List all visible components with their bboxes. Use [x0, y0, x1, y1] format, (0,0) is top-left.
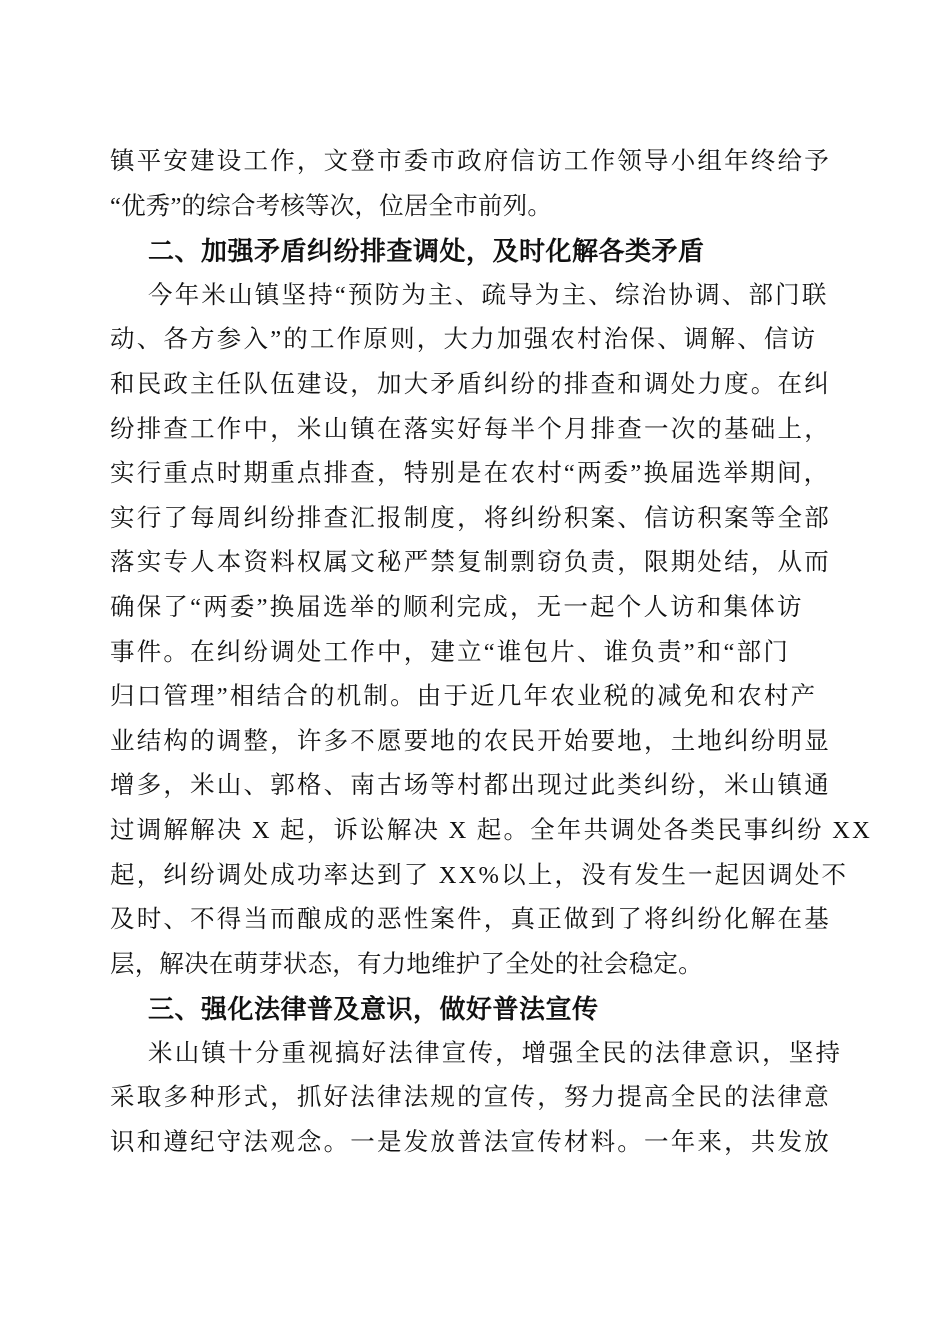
text-line: 确保了“两委”换届选举的顺利完成，无一起个人访和集体访 — [110, 586, 832, 631]
text-line: 实行重点时期重点排查，特别是在农村“两委”换届选举期间， — [110, 452, 832, 497]
text-line: 和民政主任队伍建设，加大矛盾纠纷的排查和调处力度。在纠 — [110, 363, 832, 408]
heading-line: 二、加强矛盾纠纷排查调处，及时化解各类矛盾 — [110, 229, 832, 274]
text-line: 采取多种形式，抓好法律法规的宣传，努力提高全民的法律意 — [110, 1076, 832, 1121]
text-line: 归口管理”相结合的机制。由于近几年农业税的减免和农村产 — [110, 675, 832, 720]
text-line: 动、各方参入”的工作原则，大力加强农村治保、调解、信访 — [110, 318, 832, 363]
text-line: 实行了每周纠纷排查汇报制度，将纠纷积案、信访积案等全部 — [110, 497, 832, 542]
text-line: 过调解解决 X 起，诉讼解决 X 起。全年共调处各类民事纠纷 XX — [110, 809, 832, 854]
section-heading: 三、强化法律普及意识，做好普法宣传 — [110, 987, 832, 1032]
paragraph: 今年米山镇坚持“预防为主、疏导为主、综治协调、部门联动、各方参入”的工作原则，大… — [110, 274, 832, 988]
paragraph: 镇平安建设工作，文登市委市政府信访工作领导小组年终给予“优秀”的综合考核等次，位… — [110, 140, 832, 229]
text-line: 今年米山镇坚持“预防为主、疏导为主、综治协调、部门联 — [110, 274, 832, 319]
text-line: 及时、不得当而酿成的恶性案件，真正做到了将纠纷化解在基 — [110, 898, 832, 943]
text-line: 事件。在纠纷调处工作中，建立“谁包片、谁负责”和“部门 — [110, 631, 832, 676]
text-line: 落实专人本资料权属文秘严禁复制剽窃负责，限期处结，从而 — [110, 541, 832, 586]
document-page: 镇平安建设工作，文登市委市政府信访工作领导小组年终给予“优秀”的综合考核等次，位… — [0, 0, 950, 1344]
text-line: 识和遵纪守法观念。一是发放普法宣传材料。一年来，共发放 — [110, 1121, 832, 1166]
text-line: 层，解决在萌芽状态，有力地维护了全处的社会稳定。 — [110, 943, 832, 988]
text-line: 镇平安建设工作，文登市委市政府信访工作领导小组年终给予 — [110, 140, 832, 185]
text-line: 米山镇十分重视搞好法律宣传，增强全民的法律意识，坚持 — [110, 1032, 832, 1077]
document-text-column: 镇平安建设工作，文登市委市政府信访工作领导小组年终给予“优秀”的综合考核等次，位… — [110, 140, 832, 1166]
text-line: 增多，米山、郭格、南古场等村都出现过此类纠纷，米山镇通 — [110, 764, 832, 809]
text-line: 起，纠纷调处成功率达到了 XX%以上，没有发生一起因调处不 — [110, 854, 832, 899]
paragraph: 米山镇十分重视搞好法律宣传，增强全民的法律意识，坚持采取多种形式，抓好法律法规的… — [110, 1032, 832, 1166]
section-heading: 二、加强矛盾纠纷排查调处，及时化解各类矛盾 — [110, 229, 832, 274]
text-line: 纷排查工作中，米山镇在落实好每半个月排查一次的基础上， — [110, 408, 832, 453]
text-line: 业结构的调整，许多不愿要地的农民开始要地，土地纠纷明显 — [110, 720, 832, 765]
heading-line: 三、强化法律普及意识，做好普法宣传 — [110, 987, 832, 1032]
text-line: “优秀”的综合考核等次，位居全市前列。 — [110, 185, 832, 230]
